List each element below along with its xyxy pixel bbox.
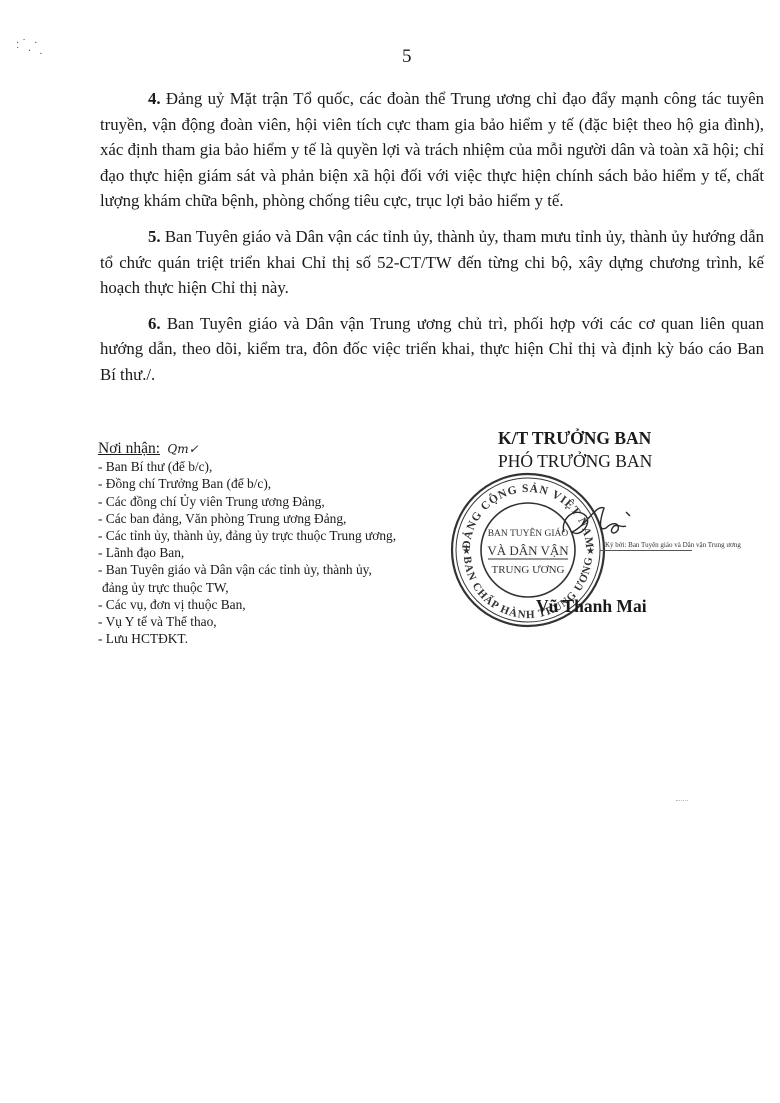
recipient-item: - Lãnh đạo Ban, — [98, 544, 438, 561]
recipients-title: Nơi nhận: — [98, 440, 160, 457]
scan-specks: ·˙ ·˙ · . — [16, 40, 45, 56]
recipient-item: - Các đồng chí Ủy viên Trung ương Đảng, — [98, 493, 438, 510]
page-number: 5 — [402, 46, 412, 68]
scan-mark — [676, 800, 688, 801]
recipient-item: - Vụ Y tế và Thể thao, — [98, 613, 438, 630]
signer-name: Vũ Thanh Mai — [536, 596, 647, 617]
document-body: 4. Đảng uỷ Mặt trận Tổ quốc, các đoàn th… — [100, 86, 764, 398]
digital-signature-underline — [600, 550, 692, 551]
svg-text:TRUNG ƯƠNG: TRUNG ƯƠNG — [491, 564, 564, 576]
signature-title: K/T TRƯỞNG BAN — [498, 428, 651, 449]
paragraph-4: 4. Đảng uỷ Mặt trận Tổ quốc, các đoàn th… — [100, 86, 764, 214]
signature-subtitle: PHÓ TRƯỞNG BAN — [498, 451, 652, 472]
recipient-item: - Các vụ, đơn vị thuộc Ban, — [98, 596, 438, 613]
recipient-item: - Các ban đảng, Văn phòng Trung ương Đản… — [98, 510, 438, 527]
digital-signature-label: Ký bởi: Ban Tuyên giáo và Dân vận Trung … — [605, 541, 741, 549]
recipient-item: - Đồng chí Trưởng Ban (để b/c), — [98, 475, 438, 492]
recipients-block: Nơi nhận: Qm✓ - Ban Bí thư (để b/c), - Đ… — [98, 440, 438, 647]
recipients-header: Nơi nhận: Qm✓ — [98, 440, 438, 458]
svg-text:★: ★ — [462, 546, 471, 557]
paragraph-5: 5. Ban Tuyên giáo và Dân vận các tỉnh ủy… — [100, 224, 764, 301]
recipient-item: - Ban Tuyên giáo và Dân vận các tỉnh ủy,… — [98, 561, 438, 578]
handwritten-initials: Qm✓ — [167, 442, 198, 456]
paragraph-6: 6. Ban Tuyên giáo và Dân vận Trung ương … — [100, 311, 764, 388]
recipient-item: - Lưu HCTĐKT. — [98, 630, 438, 647]
recipient-item: - Các tỉnh ủy, thành ủy, đảng ủy trực th… — [98, 527, 438, 544]
signature-block: K/T TRƯỞNG BAN PHÓ TRƯỞNG BAN ĐẢNG CỘNG … — [460, 428, 780, 628]
recipient-item: đảng ủy trực thuộc TW, — [98, 579, 438, 596]
recipient-item: - Ban Bí thư (để b/c), — [98, 458, 438, 475]
